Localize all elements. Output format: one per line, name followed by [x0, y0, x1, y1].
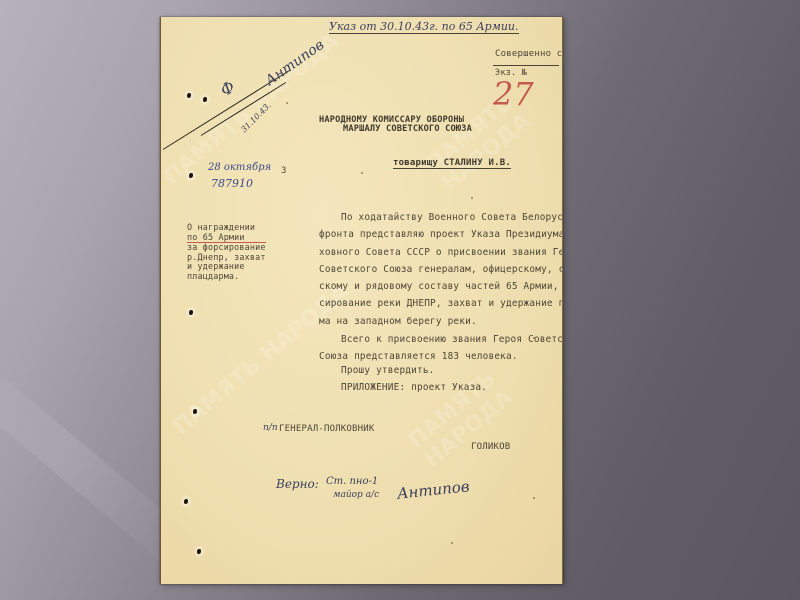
body-line: ховного Совета СССР о присвоении звания … — [319, 244, 563, 261]
paper-speck — [451, 542, 453, 544]
paper-speck — [286, 102, 288, 104]
paper-speck — [533, 497, 535, 499]
body-line: По ходатайству Военного Совета Белорусск… — [319, 209, 563, 226]
handwritten-decree-note: Указ от 30.10.43г. по 65 Армии. — [329, 20, 519, 34]
body-line: сирование реки ДНЕПР, захват и удержание… — [319, 295, 563, 312]
addressee-name: товарищу СТАЛИНУ И.В. — [393, 158, 511, 169]
punch-hole — [184, 499, 188, 504]
registration-number: 787910 — [211, 177, 253, 190]
resolution-initials: Ф — [217, 77, 238, 100]
punch-hole — [189, 173, 193, 178]
total-line: Всего к присвоению звания Героя Советско… — [319, 331, 563, 348]
total-paragraph: Всего к присвоению звания Героя Советско… — [319, 331, 563, 365]
verified-signature: Антипов — [396, 477, 470, 502]
classification-stamp: Совершенно секретно. — [495, 49, 563, 59]
signature-rank: ГЕНЕРАЛ-ПОЛКОВНИК — [279, 424, 375, 434]
verified-rank: майор а/с — [333, 490, 379, 500]
copy-number-red: 27 — [493, 75, 534, 113]
signature-prefix: п/п — [263, 423, 278, 433]
punch-hole — [193, 409, 197, 414]
total-line: Союза представляется 183 человека. — [319, 348, 563, 365]
body-line: Советского Союза генералам, офицерскому,… — [319, 261, 563, 278]
margin-subject-line: плацдарма. — [187, 272, 266, 282]
paper-speck — [471, 197, 473, 199]
verified-label: Верно: — [276, 477, 319, 491]
handwritten-date: 28 октября — [208, 162, 271, 173]
punch-hole — [203, 97, 207, 102]
punch-hole — [187, 93, 191, 98]
verified-position: Ст. пно-1 — [326, 476, 378, 487]
addressee-line-2: МАРШАЛУ СОВЕТСКОГО СОЮЗА — [343, 124, 472, 134]
body-paragraph: По ходатайству Военного Совета Белорусск… — [319, 209, 563, 330]
page-marker: 3 — [281, 166, 287, 176]
body-line: фронта представляю проект Указа Президиу… — [319, 226, 563, 243]
margin-subject: О награждении по 65 Армии за форсировани… — [187, 223, 266, 281]
body-line: скому и рядовому составу частей 65 Армии… — [319, 278, 563, 295]
signature-name: ГОЛИКОВ — [471, 442, 510, 452]
punch-hole — [197, 549, 201, 554]
paper-speck — [533, 337, 535, 339]
punch-hole — [189, 310, 193, 315]
paper-speck — [361, 172, 363, 174]
attachment-line: ПРИЛОЖЕНИЕ: проект Указа. — [341, 382, 487, 393]
request-line: Прошу утвердить. — [341, 365, 435, 376]
classification-divider — [493, 65, 559, 66]
body-line: ма на западном берегу реки. — [319, 313, 563, 330]
archival-document-page: ПАМЯТЬ НАРОДА ПАМЯТЬ НАРОДА ПАМЯТЬ НАРОД… — [160, 17, 563, 584]
